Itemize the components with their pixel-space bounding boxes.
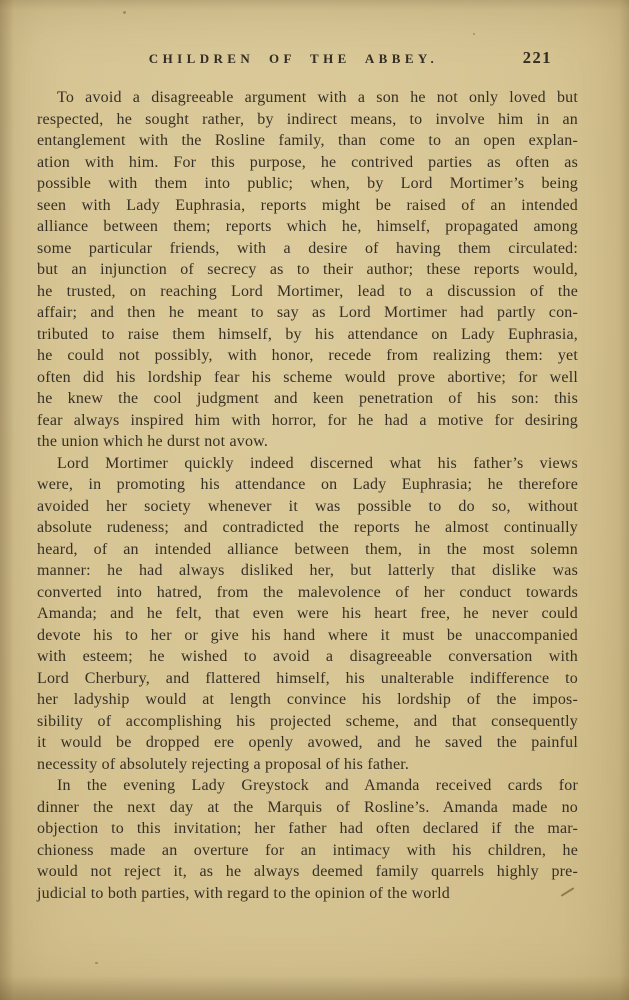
- paper-speck: [123, 11, 126, 14]
- text-line: In the evening Lady Greystock and Amanda…: [37, 775, 578, 797]
- text-line: possible with them into public; when, by…: [37, 173, 578, 195]
- text-line: were, in promoting his attendance on Lad…: [37, 474, 578, 496]
- page-body: To avoid a disagreeable argument with a …: [37, 87, 578, 904]
- book-page: CHILDREN OF THE ABBEY. 221 To avoid a di…: [0, 0, 629, 1000]
- text-line: Lord Cherbury, and flattered himself, hi…: [37, 668, 578, 690]
- text-line: he could not possibly, with honor, reced…: [37, 345, 578, 367]
- text-line: with esteem; he wished to avoid a disagr…: [37, 646, 578, 668]
- text-line: dinner the next day at the Marquis of Ro…: [37, 797, 578, 819]
- text-line: alliance between them; reports which he,…: [37, 216, 578, 238]
- page-number: 221: [523, 48, 552, 68]
- text-line: absolute rudeness; and contradicted the …: [37, 517, 578, 539]
- text-line: chioness made an overture for an intimac…: [37, 840, 578, 862]
- text-line: some particular friends, with a desire o…: [37, 238, 578, 260]
- text-line: Amanda; and he felt, that even were his …: [37, 603, 578, 625]
- text-line: seen with Lady Euphrasia, reports might …: [37, 195, 578, 217]
- running-header: CHILDREN OF THE ABBEY. 221: [37, 50, 578, 70]
- text-line: it would be dropped ere openly avowed, a…: [37, 732, 578, 754]
- text-line: he knew the cool judgment and keen penet…: [37, 388, 578, 410]
- text-line: necessity of absolutely rejecting a prop…: [37, 754, 578, 776]
- text-line: converted into hatred, from the malevole…: [37, 582, 578, 604]
- text-line: manner: he had always disliked her, but …: [37, 560, 578, 582]
- text-line: avoided her society whenever it was poss…: [37, 496, 578, 518]
- text-line: affair; and then he meant to say as Lord…: [37, 302, 578, 324]
- text-line: objection to this invitation; her father…: [37, 818, 578, 840]
- paper-speck: [473, 33, 475, 35]
- paper-speck: [95, 962, 98, 964]
- text-line: devote his to her or give his hand where…: [37, 625, 578, 647]
- running-header-title: CHILDREN OF THE ABBEY.: [149, 51, 438, 67]
- text-line: often did his lordship fear his scheme w…: [37, 367, 578, 389]
- text-line: heard, of an intended alliance between t…: [37, 539, 578, 561]
- text-line: the union which he durst not avow.: [37, 431, 578, 453]
- text-line: judicial to both parties, with regard to…: [37, 883, 578, 905]
- text-line: Lord Mortimer quickly indeed discerned w…: [37, 453, 578, 475]
- text-line: fear always inspired him with horror, fo…: [37, 410, 578, 432]
- text-line: would not reject it, as he always deemed…: [37, 861, 578, 883]
- text-line: To avoid a disagreeable argument with a …: [37, 87, 578, 109]
- text-line: sibility of accomplishing his projected …: [37, 711, 578, 733]
- text-line: respected, he sought rather, by indirect…: [37, 109, 578, 131]
- text-line: ation with him. For this purpose, he con…: [37, 152, 578, 174]
- text-line: entanglement with the Rosline family, th…: [37, 130, 578, 152]
- text-line: her ladyship would at length convince hi…: [37, 689, 578, 711]
- text-line: tributed to raise them himself, by his a…: [37, 324, 578, 346]
- text-line: but an injunction of secrecy as to their…: [37, 259, 578, 281]
- text-line: he trusted, on reaching Lord Mortimer, l…: [37, 281, 578, 303]
